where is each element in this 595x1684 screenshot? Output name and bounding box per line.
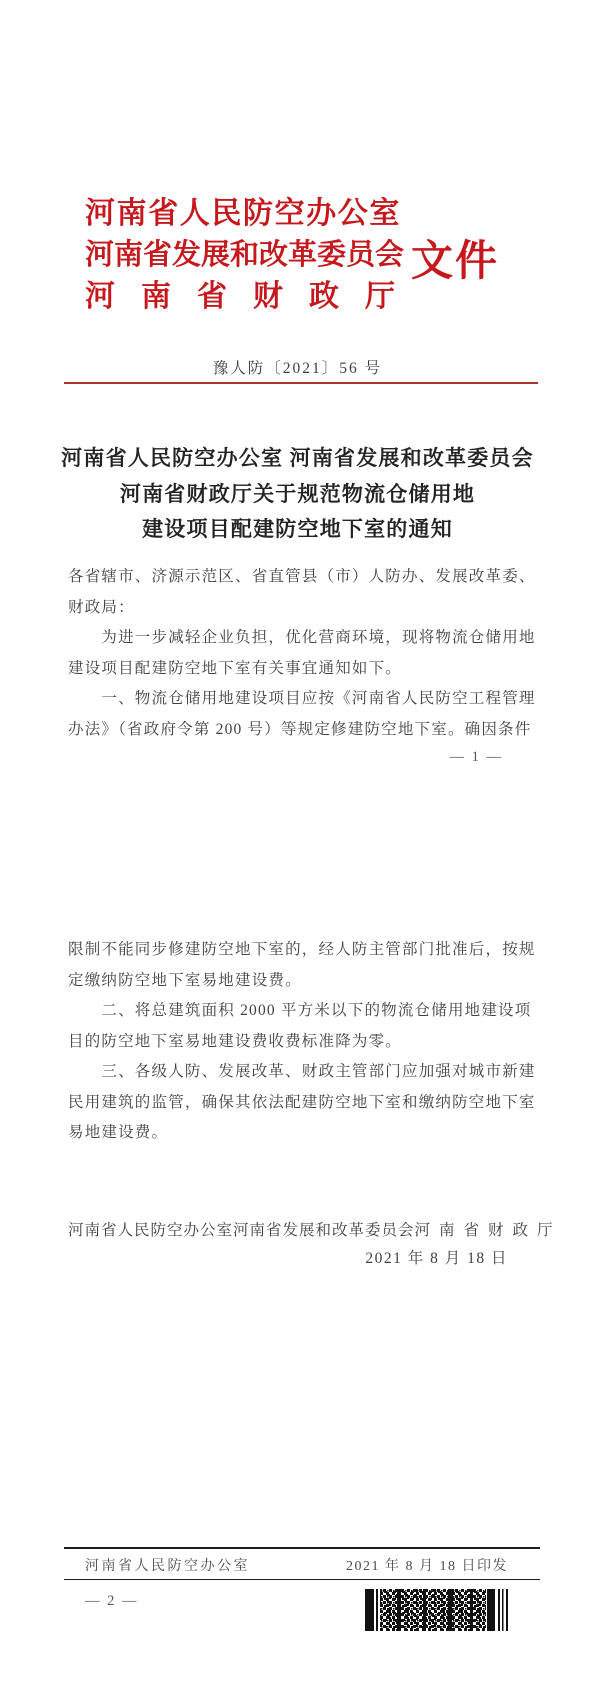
masthead: 河南省人民防空办公室 河南省发展和改革委员会 河南省财政厅 [85,193,415,318]
document-title: 河南省人民防空办公室 河南省发展和改革委员会 河南省财政厅关于规范物流仓储用地 … [0,441,595,548]
barcode-image [365,1589,510,1631]
page2-body: 限制不能同步修建防空地下室的，经人防主管部门批准后，按规 定缴纳防空地下室易地建… [68,935,538,1149]
doc-number: 豫人防〔2021〕56 号 [0,356,595,378]
masthead-org-2: 河南省发展和改革委员会 [85,235,415,277]
page1-body: 各省辖市、济源示范区、省直管县（市）人防办、发展改革委、 财政局： 为进一步减轻… [68,562,538,745]
body-line: 三、各级人防、发展改革、财政主管部门应加强对城市新建 [68,1057,538,1088]
masthead-org-1: 河南省人民防空办公室 [85,193,415,235]
body-line: 定缴纳防空地下室易地建设费。 [68,966,538,997]
signature-date: 2021 年 8 月 18 日 [365,1246,508,1268]
page1-number: — 1 — [450,749,504,766]
body-line: 限制不能同步修建防空地下室的，经人防主管部门批准后，按规 [68,935,538,966]
doc-type-label: 文件 [411,228,499,288]
body-line: 各省辖市、济源示范区、省直管县（市）人防办、发展改革委、 [68,562,538,593]
body-line: 为进一步减轻企业负担，优化营商环境，现将物流仓储用地 [68,623,538,654]
footer-rule-top [64,1547,540,1549]
body-line: 建设项目配建防空地下室有关事宜通知如下。 [68,654,538,685]
body-line: 民用建筑的监管，确保其依法配建防空地下室和缴纳防空地下室 [68,1088,538,1119]
body-line: 办法》（省政府令第 200 号）等规定修建防空地下室。确因条件 [68,715,538,746]
document-page: 河南省人民防空办公室 河南省发展和改革委员会 河南省财政厅 文件 豫人防〔202… [0,0,595,1684]
footer-issuer: 河南省人民防空办公室 [85,1556,250,1578]
body-line: 二、将总建筑面积 2000 平方米以下的物流仓储用地建设项 [68,996,538,1027]
title-line-2: 河南省财政厅关于规范物流仓储用地 [0,477,595,513]
body-line: 易地建设费。 [68,1118,538,1149]
body-line: 目的防空地下室易地建设费收费标准降为零。 [68,1027,538,1058]
body-line: 财政局： [68,593,538,624]
signature-org-3: 河南省财政厅 [415,1218,562,1240]
title-line-3: 建设项目配建防空地下室的通知 [0,512,595,548]
footer-rule-bottom [64,1579,540,1580]
page2-number: — 2 — [85,1593,139,1610]
signature-org-1: 河南省人民防空办公室 [68,1218,233,1240]
title-line-1: 河南省人民防空办公室 河南省发展和改革委员会 [0,441,595,477]
signature-org-2: 河南省发展和改革委员会 [233,1218,415,1240]
red-divider [64,382,538,384]
signature-row: 河南省人民防空办公室 河南省发展和改革委员会 河南省财政厅 [68,1218,536,1240]
footer-print-date: 2021 年 8 月 18 日印发 [346,1556,508,1578]
masthead-org-3: 河南省财政厅 [85,276,415,318]
body-line: 一、物流仓储用地建设项目应按《河南省人民防空工程管理 [68,684,538,715]
